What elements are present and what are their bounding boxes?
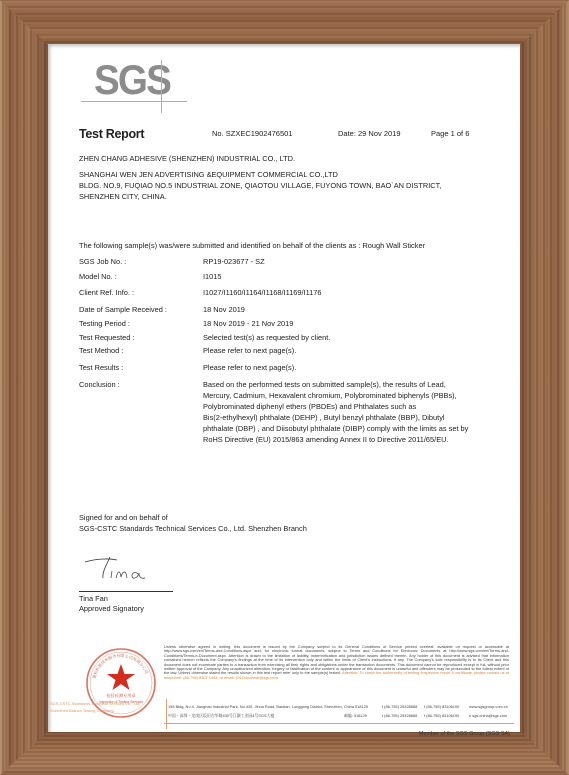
- signed-for-block: Signed for and on behalf of SGS-CSTC Sta…: [79, 512, 307, 534]
- field-value: 18 Nov 2019 - 21 Nov 2019: [203, 318, 498, 329]
- address-cn: 中国・深圳・龙岗区坂田吉华路430号江灏工业园4号SGS大楼: [168, 713, 274, 719]
- client-address-line: BLDG. NO.9, FUQIAO NO.5 INDUSTRIAL ZONE,…: [79, 180, 509, 191]
- phone-cn: t (86-755) 25328888: [382, 713, 417, 718]
- stamp-side-text: SGS-CSTC Standards Technical Services Co…: [50, 700, 140, 714]
- client-address-line: SHANGHAI WEN JEN ADVERTISING &EQUIPMENT …: [79, 169, 509, 180]
- report-title: Test Report: [79, 127, 144, 141]
- frame-top-edge: [0, 0, 569, 45]
- footer-horizontal-rule: [164, 723, 514, 724]
- footer-vertical-rule: [166, 699, 167, 729]
- report-number: No. SZXEC1902476501: [212, 129, 292, 138]
- signature-line: [79, 591, 173, 592]
- field-value: Please refer to next page(s).: [203, 362, 498, 373]
- client-address: SHANGHAI WEN JEN ADVERTISING &EQUIPMENT …: [79, 169, 509, 202]
- conclusion-line: Polybrominated diphenyl ethers (PBDEs) a…: [203, 401, 498, 412]
- field-value: RP19-023677 - SZ: [203, 256, 498, 267]
- field-label: Model No. :: [79, 271, 117, 282]
- client-name: ZHEN CHANG ADHESIVE (SHENZHEN) INDUSTRIA…: [79, 153, 295, 164]
- phone: t (86-755) 25328888: [382, 704, 417, 709]
- signing-company: SGS-CSTC Standards Technical Services Co…: [79, 523, 307, 534]
- frame-bottom-edge: [0, 732, 569, 775]
- signed-for-text: Signed for and on behalf of: [79, 512, 307, 523]
- signatory-title: Approved Signatory: [79, 603, 144, 614]
- stamp-side-line: SGS-CSTC Standards Technical Services Co…: [50, 700, 140, 707]
- report-date: Date: 29 Nov 2019: [338, 129, 401, 138]
- conclusion-line: Bis(2-ethylhexyl) phthalate (DEHP) , But…: [203, 412, 498, 423]
- svg-text:检验检测专用章: 检验检测专用章: [106, 692, 135, 699]
- sgs-logo-text: SGS: [94, 57, 170, 103]
- field-label: Test Requested :: [79, 332, 134, 343]
- field-value: Please refer to next page(s).: [203, 345, 498, 356]
- member-of-sgs-group: Member of the SGS Group (SGS SA): [419, 731, 510, 737]
- field-label: Test Results :: [79, 362, 123, 373]
- field-label: Client Ref. Info. :: [79, 287, 134, 298]
- client-address-line: SHENZHEN CITY, CHINA.: [79, 191, 509, 202]
- fax-cn: f (86-755) 83106190: [424, 713, 459, 718]
- field-value: 18 Nov 2019: [203, 304, 498, 315]
- field-value: I1027/I1160/I1164/I1168/I1169/I1176: [203, 287, 498, 298]
- field-value: Selected test(s) as requested by client.: [203, 332, 498, 343]
- website: www.sgsgroup.com.cn: [469, 704, 508, 709]
- certificate-paper: SGS Test Report No. SZXEC1902476501 Date…: [48, 44, 520, 732]
- frame-right-edge: [520, 0, 569, 775]
- logo-horizontal-rule: [81, 101, 187, 102]
- postcode-cn: 邮编: 518129: [344, 713, 367, 719]
- fax: f (86-755) 83106190: [424, 704, 459, 709]
- field-label: Conclusion :: [79, 379, 120, 390]
- handwritten-signature: [83, 554, 173, 584]
- address-en: 198 Bldg, No.4, Jianghao Industrial Park…: [168, 704, 368, 709]
- conclusion-text: Based on the performed tests on submitte…: [203, 379, 498, 445]
- frame-left-edge: [0, 0, 48, 775]
- page-indicator: Page 1 of 6: [431, 129, 469, 138]
- field-label: Testing Period :: [79, 318, 130, 329]
- conclusion-line: Based on the performed tests on submitte…: [203, 379, 498, 390]
- stamp-side-line: Shenzhen Branch Testing Company: [50, 707, 140, 714]
- logo-vertical-rule: [161, 60, 162, 113]
- sgs-logo: SGS: [81, 57, 171, 107]
- conclusion-line: RoHS Directive (EU) 2015/863 amending An…: [203, 434, 498, 445]
- field-value: I1015: [203, 271, 498, 282]
- field-label: Test Method :: [79, 345, 123, 356]
- footer-fine-print: Unless otherwise agreed in writing, this…: [164, 645, 509, 680]
- sample-intro: The following sample(s) was/were submitt…: [79, 240, 425, 251]
- conclusion-line: Mercury, Cadmium, Hexavalent chromium, P…: [203, 390, 498, 401]
- report-header: Test Report No. SZXEC1902476501 Date: 29…: [79, 127, 499, 143]
- email: e sgs.china@sgs.com: [469, 713, 507, 718]
- field-label: SGS Job No. :: [79, 256, 126, 267]
- field-label: Date of Sample Received :: [79, 304, 167, 315]
- conclusion-line: phthalate (DBP) , and Diisobutyl phthala…: [203, 423, 498, 434]
